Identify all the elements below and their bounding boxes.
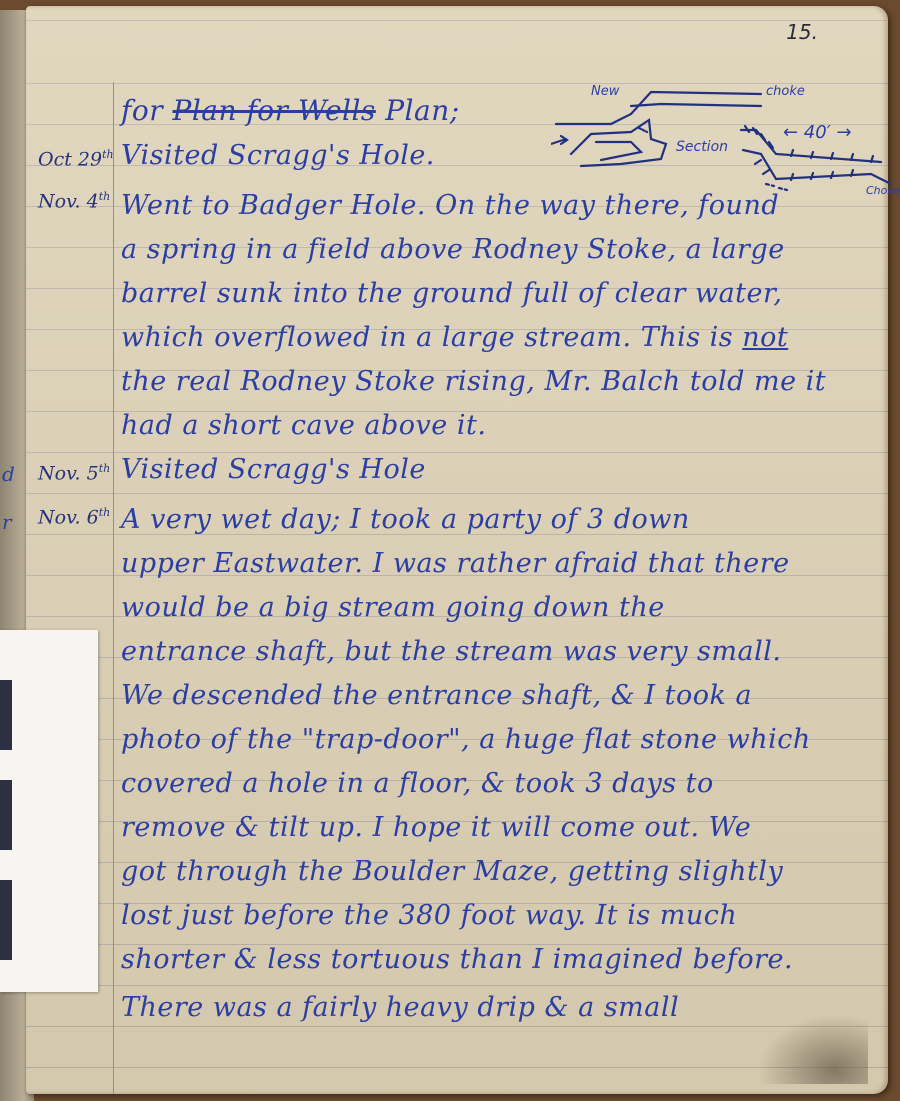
entry-line: Went to Badger Hole. On the way there, f… xyxy=(121,190,779,221)
previous-page-fragment: d xyxy=(2,462,15,486)
entry-line: lost just before the 380 foot way. It is… xyxy=(121,900,737,931)
card-tab xyxy=(0,780,12,850)
entry-date: Nov. 4th xyxy=(38,190,110,212)
sketch-label-choke: choke xyxy=(766,84,805,99)
struck-out-text: Plan for Wells xyxy=(173,94,376,127)
card-tab xyxy=(0,680,12,750)
entry-line: got through the Boulder Maze, getting sl… xyxy=(121,856,783,887)
white-card-overlay xyxy=(0,630,98,992)
sketch-label-choke-bottom: Choke xyxy=(866,184,900,197)
sketch-label-new: New xyxy=(591,84,619,99)
entry-line: would be a big stream going down the xyxy=(121,592,665,623)
card-tab xyxy=(0,880,12,960)
entry-line: We descended the entrance shaft, & I too… xyxy=(121,680,752,711)
entry-date: Nov. 5th xyxy=(38,462,110,484)
entry-line: covered a hole in a floor, & took 3 days… xyxy=(121,768,714,799)
entry-line: which overflowed in a large stream. This… xyxy=(121,322,788,353)
entry-line: entrance shaft, but the stream was very … xyxy=(121,636,781,667)
margin-line xyxy=(113,82,114,1094)
entry-line: remove & tilt up. I hope it will come ou… xyxy=(121,812,751,843)
entry-date: Nov. 6th xyxy=(38,506,110,528)
entry-date: Oct 29th xyxy=(38,148,114,170)
entry-line: had a short cave above it. xyxy=(121,410,486,441)
entry-line: There was a fairly heavy drip & a small xyxy=(121,992,679,1023)
sketch-label-section: Section xyxy=(676,139,728,155)
header-line: for Plan for Wells Plan; xyxy=(121,94,460,127)
previous-page-fragment: r xyxy=(2,510,12,534)
entry-line: Visited Scragg's Hole. xyxy=(121,140,435,171)
header-prefix: for xyxy=(121,94,163,127)
header-plan-label: Plan; xyxy=(385,94,459,127)
notebook-page: 15. for Plan for Wells Plan; New choke xyxy=(26,6,888,1094)
entry-line: upper Eastwater. I was rather afraid tha… xyxy=(121,548,790,579)
sketch-dimension: ← 40′ → xyxy=(783,122,852,143)
entry-line: barrel sunk into the ground full of clea… xyxy=(121,278,783,309)
entry-line: shorter & less tortuous than I imagined … xyxy=(121,944,793,975)
entry-line: the real Rodney Stoke rising, Mr. Balch … xyxy=(121,366,826,397)
page-shadow xyxy=(758,1014,868,1084)
cave-sketch: New choke Section ← 40′ → Choke xyxy=(551,84,891,204)
entry-line: A very wet day; I took a party of 3 down xyxy=(121,504,690,535)
page-number: 15. xyxy=(786,20,818,44)
entry-line: Visited Scragg's Hole xyxy=(121,454,426,485)
entry-line: photo of the "trap-door", a huge flat st… xyxy=(121,724,811,755)
entry-line: a spring in a field above Rodney Stoke, … xyxy=(121,234,785,265)
underlined-word: not xyxy=(742,322,788,353)
